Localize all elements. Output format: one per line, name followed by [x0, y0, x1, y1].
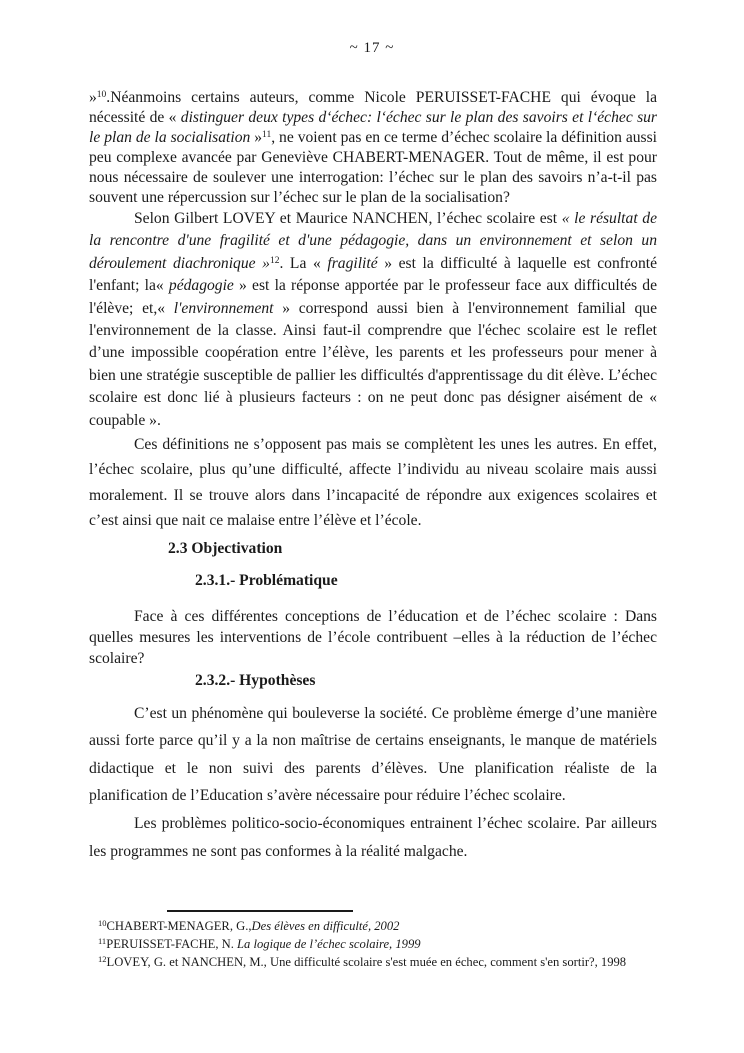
footnote-number: 11: [98, 936, 106, 946]
text-run: CHABERT-MENAGER, G.,: [107, 919, 252, 933]
footnote-number: 10: [98, 918, 107, 928]
text-run: PERUISSET-FACHE, N.: [106, 937, 237, 951]
paragraph: Les problèmes politico-socio-économiques…: [89, 810, 657, 865]
text-run: »: [250, 129, 262, 146]
paragraph: C’est un phénomène qui bouleverse la soc…: [89, 700, 657, 810]
text-run: 2.3.1.- Problématique: [195, 572, 338, 589]
italic-text-run: fragilité: [327, 255, 377, 272]
text-run: Face à ces différentes conceptions de l’…: [89, 608, 657, 667]
text-run: 2.3.2.- Hypothèses: [195, 672, 315, 689]
footnote-ref: 10: [97, 90, 107, 100]
footnote: 11PERUISSET-FACHE, N. La logique de l’éc…: [89, 935, 657, 953]
document-body: »10.Néanmoins certains auteurs, comme Ni…: [89, 88, 657, 865]
footnote-ref: 11: [262, 130, 271, 140]
section-heading: 2.3.1.- Problématique: [195, 572, 657, 590]
italic-text-run: l'environnement: [174, 300, 274, 317]
footnote-number: 12: [98, 954, 107, 964]
text-run: »: [89, 89, 97, 106]
paragraph: Ces définitions ne s’opposent pas mais s…: [89, 432, 657, 534]
document-page: ~ 17 ~ »10.Néanmoins certains auteurs, c…: [0, 0, 744, 1053]
text-run: LOVEY, G. et NANCHEN, M., Une difficulté…: [107, 955, 627, 969]
italic-text-run: Des élèves en difficulté, 2002: [252, 919, 400, 933]
paragraph: Face à ces différentes conceptions de l’…: [89, 606, 657, 669]
text-run: C’est un phénomène qui bouleverse la soc…: [89, 705, 657, 805]
footnote: 12LOVEY, G. et NANCHEN, M., Une difficul…: [89, 953, 657, 971]
text-run: 2.3 Objectivation: [168, 540, 282, 557]
footnote-list: 10CHABERT-MENAGER, G.,Des élèves en diff…: [89, 912, 657, 971]
paragraph: »10.Néanmoins certains auteurs, comme Ni…: [89, 88, 657, 208]
text-run: Ces définitions ne s’opposent pas mais s…: [89, 436, 657, 529]
italic-text-run: pédagogie: [169, 277, 234, 294]
footnote: 10CHABERT-MENAGER, G.,Des élèves en diff…: [89, 917, 657, 935]
text-run: . La «: [279, 255, 327, 272]
section-heading: 2.3.2.- Hypothèses: [195, 672, 657, 690]
text-run: » correspond aussi bien à l'environnemen…: [89, 300, 657, 429]
paragraph: Selon Gilbert LOVEY et Maurice NANCHEN, …: [89, 208, 657, 432]
text-run: Les problèmes politico-socio-économiques…: [89, 815, 657, 860]
footnote-ref: 12: [270, 256, 280, 266]
section-heading: 2.3 Objectivation: [168, 540, 657, 558]
text-run: Selon Gilbert LOVEY et Maurice NANCHEN, …: [134, 210, 562, 227]
footnote-area: 10CHABERT-MENAGER, G.,Des élèves en diff…: [89, 896, 657, 971]
page-number: ~ 17 ~: [0, 40, 744, 57]
italic-text-run: La logique de l’échec scolaire, 1999: [237, 937, 421, 951]
